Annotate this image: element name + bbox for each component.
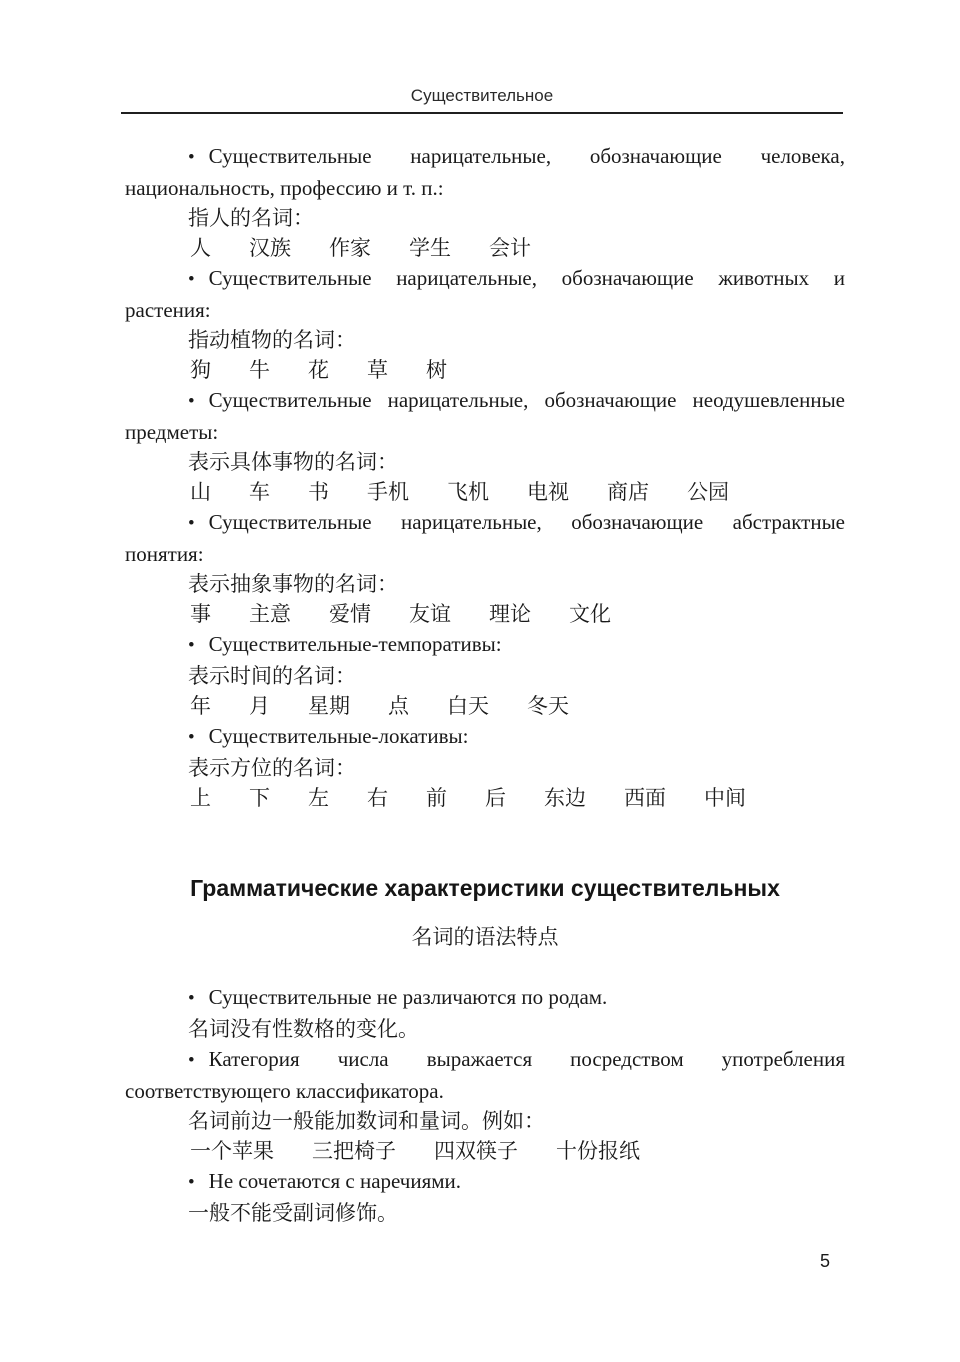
bullet-text-ru: Существительные нарицательные, обозначаю… xyxy=(125,266,845,322)
chinese-word: 牛 xyxy=(249,355,270,385)
chinese-word: 点 xyxy=(388,691,409,721)
page-body: •Существительные нарицательные, обознача… xyxy=(125,141,845,1228)
chinese-word: 后 xyxy=(485,783,506,813)
bullet-marker: • xyxy=(188,1046,195,1076)
bullet-marker: • xyxy=(188,984,195,1014)
section-title-zh: 名词的语法特点 xyxy=(125,922,845,952)
bullet-text-ru: Категория числа выражается посредством у… xyxy=(125,1047,845,1103)
chinese-word-row: 狗牛花草树 xyxy=(125,355,845,385)
running-head: Существительное xyxy=(121,86,843,114)
chinese-label: 名词前边一般能加数词和量词。例如： xyxy=(125,1106,845,1136)
bullet-text-ru: Существительные нарицательные, обозначаю… xyxy=(125,388,845,444)
chinese-word: 山 xyxy=(190,477,211,507)
bullet-paragraph: •Существительные не различаются по родам… xyxy=(125,982,845,1014)
chinese-word-row: 山车书手机飞机电视商店公园 xyxy=(125,477,845,507)
chinese-word: 花 xyxy=(308,355,329,385)
chinese-word: 中间 xyxy=(704,783,746,813)
bullet-paragraph: •Существительные-локативы: xyxy=(125,721,845,753)
page-number: 5 xyxy=(820,1251,830,1272)
chinese-word: 前 xyxy=(426,783,447,813)
bullet-paragraph: •Существительные нарицательные, обознача… xyxy=(125,263,845,325)
book-page: Существительное •Существительные нарицат… xyxy=(0,0,960,1362)
chinese-word: 草 xyxy=(367,355,388,385)
bullet-marker: • xyxy=(188,1168,195,1198)
bullet-text-ru: Не сочетаются с наречиями. xyxy=(209,1169,461,1193)
chinese-word: 上 xyxy=(190,783,211,813)
chinese-label: 表示抽象事物的名词： xyxy=(125,569,845,599)
chinese-word: 十份报纸 xyxy=(556,1136,640,1166)
chinese-word: 车 xyxy=(249,477,270,507)
chinese-label: 指人的名词： xyxy=(125,203,845,233)
bullet-marker: • xyxy=(188,387,195,417)
chinese-word: 电视 xyxy=(527,477,569,507)
chinese-word: 白天 xyxy=(447,691,489,721)
chinese-word-row: 人汉族作家学生会计 xyxy=(125,233,845,263)
chinese-word: 树 xyxy=(426,355,447,385)
chinese-label: 名词没有性数格的变化。 xyxy=(125,1014,845,1044)
chinese-word: 主意 xyxy=(249,599,291,629)
bullet-marker: • xyxy=(188,723,195,753)
chinese-word: 理论 xyxy=(489,599,531,629)
chinese-word: 事 xyxy=(190,599,211,629)
chinese-word: 左 xyxy=(308,783,329,813)
bullet-paragraph: •Существительные нарицательные, обознача… xyxy=(125,507,845,569)
chinese-word: 作家 xyxy=(329,233,371,263)
chinese-word-row: 事主意爱情友谊理论文化 xyxy=(125,599,845,629)
section-title-ru: Грамматические характеристики существите… xyxy=(125,873,845,903)
chinese-word: 友谊 xyxy=(409,599,451,629)
chinese-word: 学生 xyxy=(409,233,451,263)
chinese-word: 文化 xyxy=(569,599,611,629)
chinese-word: 会计 xyxy=(489,233,531,263)
chinese-word: 狗 xyxy=(190,355,211,385)
chinese-word: 下 xyxy=(249,783,270,813)
chinese-word: 东边 xyxy=(544,783,586,813)
bullet-text-ru: Существительные нарицательные, обозначаю… xyxy=(125,144,845,200)
chinese-word: 年 xyxy=(190,691,211,721)
chinese-label: 表示时间的名词： xyxy=(125,661,845,691)
chinese-word: 手机 xyxy=(367,477,409,507)
chinese-word: 爱情 xyxy=(329,599,371,629)
bullet-marker: • xyxy=(188,143,195,173)
chinese-label: 一般不能受副词修饰。 xyxy=(125,1198,845,1228)
bullet-text-ru: Существительные-локативы: xyxy=(209,724,469,748)
chinese-word: 四双筷子 xyxy=(434,1136,518,1166)
chinese-label: 表示方位的名词： xyxy=(125,753,845,783)
chinese-word: 西面 xyxy=(624,783,666,813)
chinese-word-row: 一个苹果三把椅子四双筷子十份报纸 xyxy=(125,1136,845,1166)
chinese-word: 星期 xyxy=(308,691,350,721)
chinese-word: 一个苹果 xyxy=(190,1136,274,1166)
bullet-paragraph: •Существительные нарицательные, обознача… xyxy=(125,385,845,447)
bullet-paragraph: •Существительные нарицательные, обознача… xyxy=(125,141,845,203)
chinese-word-row: 年月星期点白天冬天 xyxy=(125,691,845,721)
chinese-word: 商店 xyxy=(607,477,649,507)
chinese-word: 汉族 xyxy=(249,233,291,263)
chinese-label: 指动植物的名词： xyxy=(125,325,845,355)
bullet-marker: • xyxy=(188,509,195,539)
chinese-word-row: 上下左右前后东边西面中间 xyxy=(125,783,845,813)
bullet-text-ru: Существительные-темпоративы: xyxy=(209,632,502,656)
bullet-marker: • xyxy=(188,265,195,295)
bullet-paragraph: •Не сочетаются с наречиями. xyxy=(125,1166,845,1198)
chinese-word: 三把椅子 xyxy=(312,1136,396,1166)
bullet-text-ru: Существительные нарицательные, обозначаю… xyxy=(125,510,845,566)
bullet-text-ru: Существительные не различаются по родам. xyxy=(209,985,608,1009)
chinese-word: 人 xyxy=(190,233,211,263)
bullet-paragraph: •Категория числа выражается посредством … xyxy=(125,1044,845,1106)
chinese-word: 书 xyxy=(308,477,329,507)
bullet-paragraph: •Существительные-темпоративы: xyxy=(125,629,845,661)
chinese-word: 月 xyxy=(249,691,270,721)
chinese-label: 表示具体事物的名词： xyxy=(125,447,845,477)
chinese-word: 飞机 xyxy=(447,477,489,507)
bullet-marker: • xyxy=(188,631,195,661)
chinese-word: 右 xyxy=(367,783,388,813)
chinese-word: 冬天 xyxy=(527,691,569,721)
chinese-word: 公园 xyxy=(687,477,729,507)
